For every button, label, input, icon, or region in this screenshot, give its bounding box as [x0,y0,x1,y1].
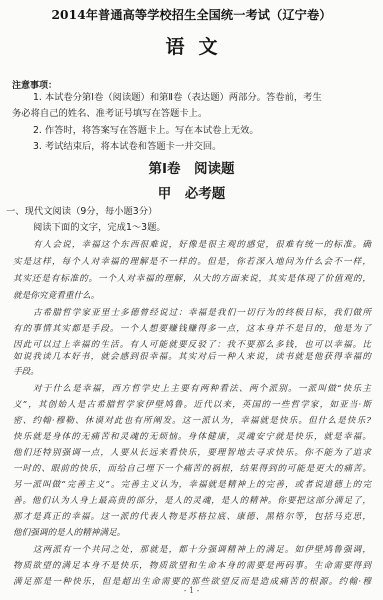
notice-item-1-cont: 务必将自己的姓名、准考证号填写在答题卡上。 [12,108,371,120]
passage-line: 实是这样，每个人对幸福的理解是不一样的。但是，你若深入地问为什么会不一样， [13,257,371,268]
notice-item-1: 1. 本试卷分第Ⅰ卷（阅读题）和第Ⅱ卷（表达题）两部分。答卷前，考生 [33,92,371,104]
passage-line: 有人会说，幸福这个东西很难说，好像是很主观的感觉，很难有统一的标准。确 [33,240,371,251]
passage-line: 另一派叫做“完善主义”。完善主义认为，幸福就是精神上的完善，或者说道德上的完 [13,480,371,491]
passage-line: 古希腊哲学家亚里士多德曾经说过：幸福是我们一切行为的终极目标，我们做所 [33,308,371,319]
question-heading: 一、现代文阅读（9分，每小题3分） [6,206,365,218]
passage-line: 他们强调的是人的精神满足。 [13,528,371,539]
passage-line: 如说我读几本好书，就会感到很幸福。其实对后一种人来说，读书就是他获得幸福的 [13,352,371,363]
passage-line: 物质欲望的满足本身不是快乐，物质欲望和生命本身的需要是两码事。生命需要得到 [13,561,371,572]
passage-line: 他们还特别强调一点，人要从长远来看快乐，要理智地去寻求快乐。你不能为了追求 [13,448,371,459]
passage-line: 这两派有一个共同之处，那就是，都十分强调精神上的满足。如伊壁鸠鲁强调， [33,545,371,556]
passage-line: 快乐就是身体的无痛苦和灵魂的无烦恼。身体健康，灵魂安宁就是快乐，就是幸福。 [13,432,371,443]
passage-line: 密、约翰·穆勒、休谟对此也有所阐发。这一派认为，幸福就是快乐。但什么是快乐? [13,416,371,427]
passage-line: 因此可以过上幸福的生活。有人可能就要反驳了：我不要那么多钱，也可以幸福。比 [13,340,371,351]
exam-page: 2014年普通高等学校招生全国统一考试（辽宁卷） 语文 注意事项： 1. 本试卷… [0,0,383,600]
passage-line: 那才是真正的幸福。这一派的代表人物是苏格拉底、康德、黑格尔等，包括马克思， [13,512,371,523]
volume-title: 第Ⅰ卷 阅读题 [0,157,383,177]
passage-line: 对于什么是幸福，西方哲学史上主要有两种看法、两个派别。一派叫做“快乐主 [33,384,371,395]
passage-line: 善。他们认为人身上最高贵的部分，是人的灵魂，是人的精神。你要把这部分满足了， [13,496,371,507]
notice-heading: 注意事项： [12,78,57,91]
passage-line: 就是你究竟看重什么。 [13,291,371,302]
exam-title: 2014年普通高等学校招生全国统一考试（辽宁卷） [0,6,383,23]
page-number: - 1 - [0,586,383,595]
passage-line: 有的事情其实都是手段。一个人想要赚钱赚得多一点，这本身并不是目的，他是为了 [13,324,371,335]
passage-line: 一时的、眼前的快乐，而给自己埋下一个痛苦的祸根，结果得到的可能是更大的痛苦。 [13,464,371,475]
part-title: 甲 必考题 [0,182,383,202]
reading-instruction: 阅读下面的文字，完成1～3题。 [33,222,371,234]
notice-item-2: 2. 作答时，将答案写在答题卡上。写在本试卷上无效。 [33,125,371,137]
subject-title: 语文 [0,32,383,59]
notice-item-3: 3. 考试结束后，将本试卷和答题卡一并交回。 [33,141,371,153]
passage-line: 其实还是有标准的。一个人对幸福的理解，从大的方面来说，其实是体现了价值观的， [13,274,371,285]
passage-line: 手段。 [13,367,371,378]
passage-line: 义”，其创始人是古希腊哲学家伊壁鸠鲁。近代以来，英国的一些哲学家，如亚当·斯 [13,400,371,411]
